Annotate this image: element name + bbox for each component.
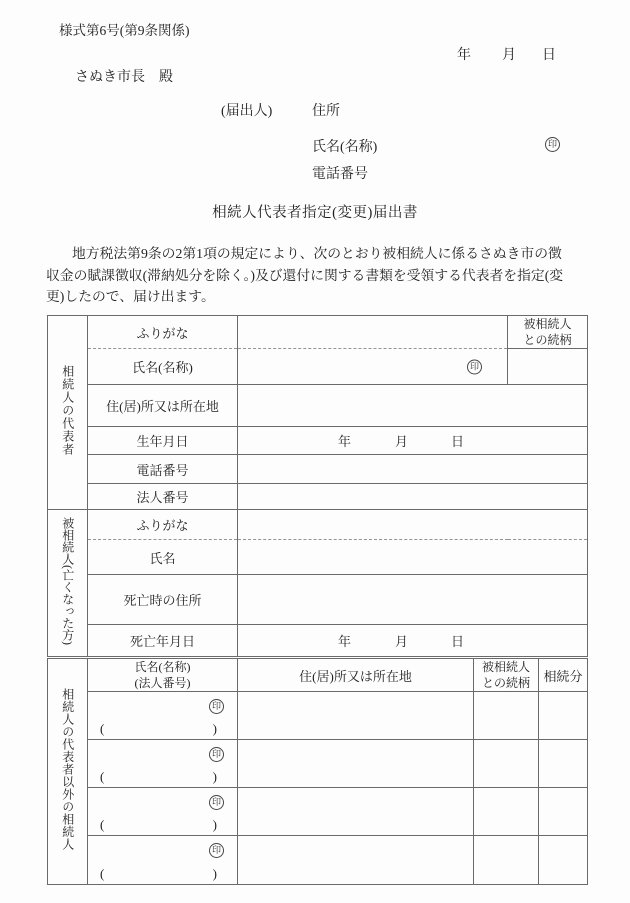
death-date-value-cell: 年月日 xyxy=(238,625,588,657)
date-year-label: 年 xyxy=(457,48,471,63)
seal-icon: 印 xyxy=(209,843,224,858)
address-label-cell: 住(居)所又は所在地 xyxy=(88,385,238,427)
group-label: 相続人の代表者以外の相続人 xyxy=(61,688,74,851)
applicant-address-label: 住所 xyxy=(312,100,340,120)
heir-relation-cell xyxy=(474,740,539,788)
seal-icon: 印 xyxy=(545,137,560,152)
group-label: 被相続人(亡くなった方) xyxy=(61,517,74,645)
other-heirs-table: 相続人の代表者以外の相続人 氏名(名称) (法人番号) 住(居)所又は所在地 被… xyxy=(47,658,588,885)
seal-icon: 印 xyxy=(209,795,224,810)
year-label: 年 xyxy=(338,431,351,450)
heir-share-cell xyxy=(539,740,588,788)
heir-address-cell xyxy=(238,740,474,788)
paren-close: ) xyxy=(213,818,217,831)
paragraph-line: 更)したので、届け出ます。 xyxy=(46,286,586,308)
paragraph-line: 地方税法第9条の2第1項の規定により、次のとおり被相続人に係るさぬき市の徴 xyxy=(46,243,586,265)
table-row: 生年月日 年月日 xyxy=(48,427,588,455)
group-cell-deceased: 被相続人(亡くなった方) xyxy=(48,510,88,657)
applicant-name-label: 氏名(名称) xyxy=(312,136,377,156)
table-row: 住(居)所又は所在地 xyxy=(48,385,588,427)
name-value-cell: 印 xyxy=(238,349,508,385)
heir-row: 印 () xyxy=(48,740,588,788)
paren-close: ) xyxy=(213,770,217,783)
paragraph-line: 収金の賦課徴収(滞納処分を除く。)及び還付に関する書類を受領する代表者を指定(変 xyxy=(46,265,586,287)
heir-name-header-line: 氏名(名称) xyxy=(88,659,237,675)
heir-relation-cell xyxy=(474,788,539,836)
month-label: 月 xyxy=(395,631,408,650)
death-address-value-cell xyxy=(238,575,588,625)
corporate-number-label-cell: 法人番号 xyxy=(88,484,238,510)
heir-address-cell xyxy=(238,788,474,836)
phone-value-cell xyxy=(238,455,588,484)
heir-name-header-cell: 氏名(名称) (法人番号) xyxy=(88,659,238,692)
day-label: 日 xyxy=(451,431,464,450)
heir-share-cell xyxy=(539,836,588,885)
applicant-label: (届出人) xyxy=(221,100,272,120)
table-header-row: 相続人の代表者以外の相続人 氏名(名称) (法人番号) 住(居)所又は所在地 被… xyxy=(48,659,588,692)
address-value-cell xyxy=(238,385,588,427)
heir-relation-header-cell: 被相続人 との続柄 xyxy=(474,659,539,692)
death-date-label-cell: 死亡年月日 xyxy=(88,625,238,657)
seal-icon: 印 xyxy=(209,747,224,762)
paren-open: ( xyxy=(100,770,104,783)
relation-header-line: 被相続人 xyxy=(508,316,587,332)
applicant-phone-label: 電話番号 xyxy=(312,163,368,183)
heir-share-header-cell: 相続分 xyxy=(539,659,588,692)
deceased-furigana-value-cell xyxy=(238,510,588,540)
relation-header-cell: 被相続人 との続柄 xyxy=(508,316,588,349)
day-label: 日 xyxy=(451,631,464,650)
furigana-label-cell: ふりがな xyxy=(88,316,238,349)
group-cell-other-heirs: 相続人の代表者以外の相続人 xyxy=(48,659,88,885)
table-row: 死亡年月日 年月日 xyxy=(48,625,588,657)
relation-header-line: との続柄 xyxy=(474,675,538,691)
birthdate-label-cell: 生年月日 xyxy=(88,427,238,455)
deceased-furigana-label-cell: ふりがな xyxy=(88,510,238,540)
birthdate-value-cell: 年月日 xyxy=(238,427,588,455)
year-label: 年 xyxy=(338,631,351,650)
death-address-label-cell: 死亡時の住所 xyxy=(88,575,238,625)
corporate-number-value-cell xyxy=(238,484,588,510)
paren-open: ( xyxy=(100,818,104,831)
table-row: 氏名 xyxy=(48,540,588,575)
heir-name-cell: 印 () xyxy=(88,740,238,788)
date-line: 年月日 xyxy=(457,44,556,64)
heir-name-cell: 印 () xyxy=(88,836,238,885)
heir-relation-cell xyxy=(474,836,539,885)
heir-share-cell xyxy=(539,692,588,740)
seal-icon: 印 xyxy=(209,699,224,714)
table-row: 法人番号 xyxy=(48,484,588,510)
corporate-number-parens: () xyxy=(100,770,217,783)
representative-deceased-table: 相続人の代表者 ふりがな 被相続人 との続柄 氏名(名称) 印 住(居)所又は所… xyxy=(47,315,588,657)
addressee: さぬき市長 殿 xyxy=(75,66,173,86)
heir-name-header-line: (法人番号) xyxy=(88,675,237,691)
heir-name-cell: 印 () xyxy=(88,788,238,836)
deceased-name-label-cell: 氏名 xyxy=(88,540,238,575)
group-label: 相続人の代表者 xyxy=(61,365,74,456)
heir-row: 印 () xyxy=(48,692,588,740)
table-row: 死亡時の住所 xyxy=(48,575,588,625)
paren-open: ( xyxy=(100,722,104,735)
heir-share-cell xyxy=(539,788,588,836)
relation-value-cell xyxy=(508,349,588,385)
table-row: 電話番号 xyxy=(48,455,588,484)
heir-name-cell: 印 () xyxy=(88,692,238,740)
heir-relation-cell xyxy=(474,692,539,740)
table-row: 氏名(名称) 印 xyxy=(48,349,588,385)
corporate-number-parens: () xyxy=(100,818,217,831)
heir-address-header-cell: 住(居)所又は所在地 xyxy=(238,659,474,692)
page-title: 相続人代表者指定(変更)届出書 xyxy=(0,201,630,222)
heir-address-cell xyxy=(238,836,474,885)
date-day-label: 日 xyxy=(542,48,556,63)
table-row: 被相続人(亡くなった方) ふりがな xyxy=(48,510,588,540)
deceased-name-value-cell xyxy=(238,540,588,575)
corporate-number-parens: () xyxy=(100,867,217,880)
form-page: 様式第6号(第9条関係) 年月日 さぬき市長 殿 (届出人) 住所 氏名(名称)… xyxy=(0,0,630,903)
paren-close: ) xyxy=(213,867,217,880)
form-number: 様式第6号(第9条関係) xyxy=(59,19,190,39)
relation-header-line: 被相続人 xyxy=(474,659,538,675)
heir-row: 印 () xyxy=(48,836,588,885)
date-month-label: 月 xyxy=(502,48,516,63)
month-label: 月 xyxy=(395,431,408,450)
table-row: 相続人の代表者 ふりがな 被相続人 との続柄 xyxy=(48,316,588,349)
relation-header-line: との続柄 xyxy=(508,332,587,348)
heir-address-cell xyxy=(238,692,474,740)
heir-row: 印 () xyxy=(48,788,588,836)
paren-open: ( xyxy=(100,867,104,880)
paren-close: ) xyxy=(213,722,217,735)
body-paragraph: 地方税法第9条の2第1項の規定により、次のとおり被相続人に係るさぬき市の徴 収金… xyxy=(46,243,586,308)
corporate-number-parens: () xyxy=(100,722,217,735)
seal-icon: 印 xyxy=(467,359,482,374)
phone-label-cell: 電話番号 xyxy=(88,455,238,484)
furigana-value-cell xyxy=(238,316,508,349)
name-label-cell: 氏名(名称) xyxy=(88,349,238,385)
group-cell-representative: 相続人の代表者 xyxy=(48,316,88,510)
